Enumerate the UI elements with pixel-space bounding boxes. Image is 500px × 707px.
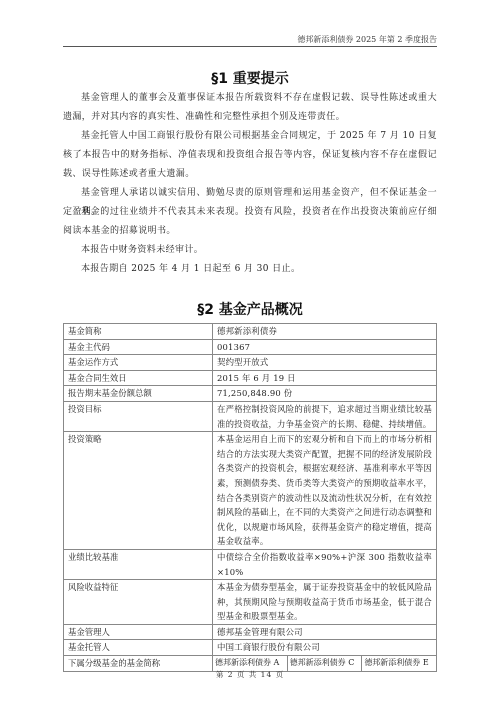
table-row: 基金运作方式 契约型开放式 bbox=[64, 355, 437, 371]
row-label: 投资策略 bbox=[64, 432, 213, 550]
row-label: 基金简称 bbox=[64, 324, 213, 340]
table-row: 基金合同生效日 2015 年 6 月 19 日 bbox=[64, 370, 437, 386]
running-title: 德邦新添利债券 2025 年第 2 季度报告 bbox=[297, 35, 437, 44]
table-row: 基金托管人 中国工商银行股份有限公司 bbox=[64, 640, 437, 656]
row-label: 业绩比较基准 bbox=[64, 549, 213, 579]
row-label: 报告期末基金份额总额 bbox=[64, 386, 213, 402]
row-value: 契约型开放式 bbox=[213, 355, 437, 371]
row-value: 71,250,848.90 份 bbox=[213, 386, 437, 402]
row-value: 2015 年 6 月 19 日 bbox=[213, 370, 437, 386]
row-value: 德邦基金管理有限公司 bbox=[213, 624, 437, 640]
row-label: 投资目标 bbox=[64, 401, 213, 431]
fund-overview-table: 基金简称 德邦新添利债券 基金主代码 001367 基金运作方式 契约型开放式 … bbox=[63, 323, 437, 672]
table-row: 业绩比较基准 中债综合全价指数收益率×90%+沪深 300 指数收益率×10% bbox=[64, 549, 437, 579]
row-label: 基金运作方式 bbox=[64, 355, 213, 371]
table-row: 基金简称 德邦新添利债券 bbox=[64, 324, 437, 340]
row-label: 基金管理人 bbox=[64, 624, 213, 640]
section2-title: §2 基金产品概况 bbox=[0, 299, 500, 319]
table-row: 投资策略 本基金运用自上而下的宏观分析和自下而上的市场分析相结合的方法实现大类资… bbox=[64, 432, 437, 550]
table-row: 投资目标 在严格控制投资风险的前提下，追求超过当期业绩比较基准的投资收益，力争基… bbox=[64, 401, 437, 431]
table-row: 基金主代码 001367 bbox=[64, 339, 437, 355]
paragraph-custodian-review: 基金托管人中国工商银行股份有限公司根据基金合同规定，于 2025 年 7 月 1… bbox=[63, 127, 437, 184]
row-value: 德邦新添利债券 bbox=[213, 324, 437, 340]
table-row: 基金管理人 德邦基金管理有限公司 bbox=[64, 624, 437, 640]
section1-title: §1 重要提示 bbox=[0, 68, 500, 88]
page-indicator: 第 2 页 共 14 页 bbox=[0, 669, 500, 680]
row-label: 风险收益特征 bbox=[64, 580, 213, 625]
row-value: 001367 bbox=[213, 339, 437, 355]
paragraph-board-guarantee: 基金管理人的董事会及董事保证本报告所载资料不存在虚假记载、误导性陈述或重大遗漏，… bbox=[63, 89, 437, 127]
row-label: 基金合同生效日 bbox=[64, 370, 213, 386]
row-value: 本基金运用自上而下的宏观分析和自下而上的市场分析相结合的方法实现大类资产配置，把… bbox=[213, 432, 437, 550]
table-row: 风险收益特征 本基金为债券型基金，属于证券投资基金中的较低风险品种，其预期风险与… bbox=[64, 580, 437, 625]
row-value: 中国工商银行股份有限公司 bbox=[213, 640, 437, 656]
paragraph-risk-warning: 基金的过往业绩并不代表其未来表现。投资有风险，投资者在作出投资决策前应仔细阅读本… bbox=[63, 203, 437, 241]
row-label: 基金主代码 bbox=[64, 339, 213, 355]
running-header: 德邦新添利债券 2025 年第 2 季度报告 bbox=[63, 34, 437, 47]
paragraph-unaudited: 本报告中财务资料未经审计。 bbox=[63, 241, 437, 260]
table-row: 报告期末基金份额总额 71,250,848.90 份 bbox=[64, 386, 437, 402]
row-value: 本基金为债券型基金，属于证券投资基金中的较低风险品种，其预期风险与预期收益高于货… bbox=[213, 580, 437, 625]
row-value: 在严格控制投资风险的前提下，追求超过当期业绩比较基准的投资收益，力争基金资产的长… bbox=[213, 401, 437, 431]
paragraph-report-period: 本报告期自 2025 年 4 月 1 日起至 6 月 30 日止。 bbox=[63, 260, 437, 279]
row-label: 基金托管人 bbox=[64, 640, 213, 656]
row-value: 中债综合全价指数收益率×90%+沪深 300 指数收益率×10% bbox=[213, 549, 437, 579]
